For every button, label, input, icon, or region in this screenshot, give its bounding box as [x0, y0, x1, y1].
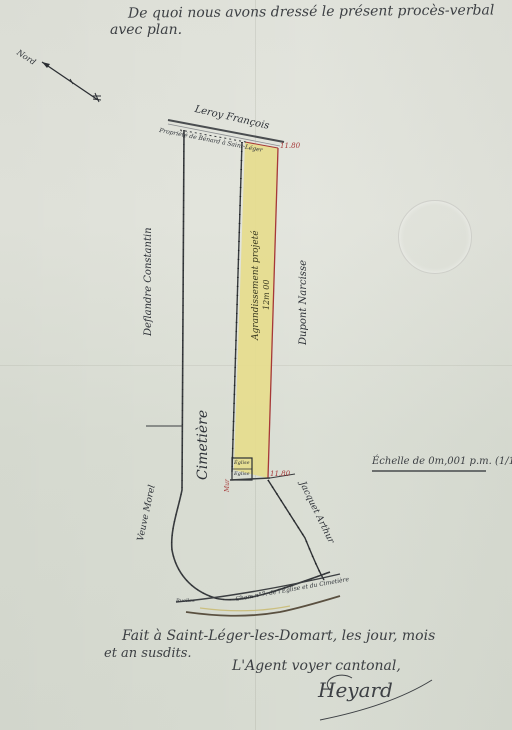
document-sheet: De quoi nous avons dressé le présent pro…	[0, 0, 512, 730]
neighbor-right-label: Dupont Narcisse	[298, 260, 309, 345]
bottom-dimension: 11.80	[270, 470, 290, 478]
left-dimension: Mur	[224, 479, 231, 492]
road-end-label: Ruelles	[176, 598, 195, 604]
top-dimension: 11.80	[280, 142, 300, 150]
scale-label: Échelle de 0m,001 p.m. (1/1000).	[372, 456, 512, 467]
enlargement-label: Agrandissement projeté	[251, 230, 261, 340]
signature: Heyard	[318, 678, 393, 702]
footer-line-3: L'Agent voyer cantonal,	[232, 658, 401, 674]
building-label-2: Eglise	[234, 471, 250, 477]
north-arrow-icon	[42, 62, 101, 102]
footer-line-2: et an susdits.	[104, 646, 192, 661]
building-label-1: Église	[234, 460, 250, 466]
cadastral-plan	[0, 0, 512, 730]
footer-line-1: Fait à Saint-Léger-les-Domart, les jour,…	[122, 628, 435, 644]
cemetery-label: Cimetière	[195, 410, 211, 480]
neighbor-left-label: Deflandre Constantin	[143, 227, 154, 336]
enlargement-width: 12m 00	[262, 280, 271, 311]
